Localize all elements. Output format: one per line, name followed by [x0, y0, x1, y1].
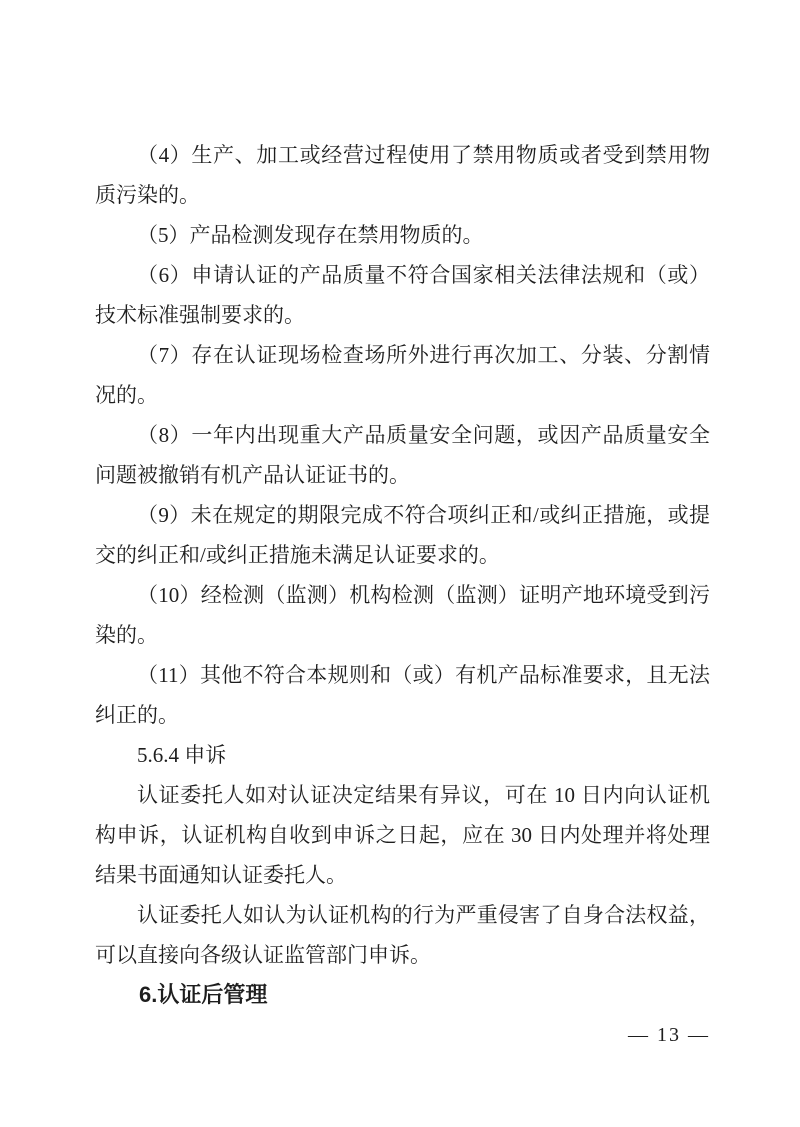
page-number: — 13 — [95, 1015, 710, 1055]
clause-5: （5）产品检测发现存在禁用物质的。 [95, 215, 710, 255]
appeal-paragraph-2: 认证委托人如认为认证机构的行为严重侵害了自身合法权益，可以直接向各级认证监管部门… [95, 895, 710, 975]
clause-4: （4）生产、加工或经营过程使用了禁用物质或者受到禁用物质污染的。 [95, 135, 710, 215]
section-heading-6: 6.认证后管理 [95, 975, 710, 1015]
clause-10: （10）经检测（监测）机构检测（监测）证明产地环境受到污染的。 [95, 575, 710, 655]
clause-11: （11）其他不符合本规则和（或）有机产品标准要求，且无法纠正的。 [95, 655, 710, 735]
clause-7: （7）存在认证现场检查场所外进行再次加工、分装、分割情况的。 [95, 335, 710, 415]
appeal-paragraph-1: 认证委托人如对认证决定结果有异议，可在 10 日内向认证机构申诉，认证机构自收到… [95, 775, 710, 895]
section-number-5-6-4: 5.6.4 申诉 [95, 735, 710, 775]
clause-8: （8）一年内出现重大产品质量安全问题，或因产品质量安全问题被撤销有机产品认证证书… [95, 415, 710, 495]
page-content: （4）生产、加工或经营过程使用了禁用物质或者受到禁用物质污染的。 （5）产品检测… [95, 135, 710, 1055]
clause-6: （6）申请认证的产品质量不符合国家相关法律法规和（或）技术标准强制要求的。 [95, 255, 710, 335]
clause-9: （9）未在规定的期限完成不符合项纠正和/或纠正措施，或提交的纠正和/或纠正措施未… [95, 495, 710, 575]
document-page: （4）生产、加工或经营过程使用了禁用物质或者受到禁用物质污染的。 （5）产品检测… [0, 0, 800, 1127]
